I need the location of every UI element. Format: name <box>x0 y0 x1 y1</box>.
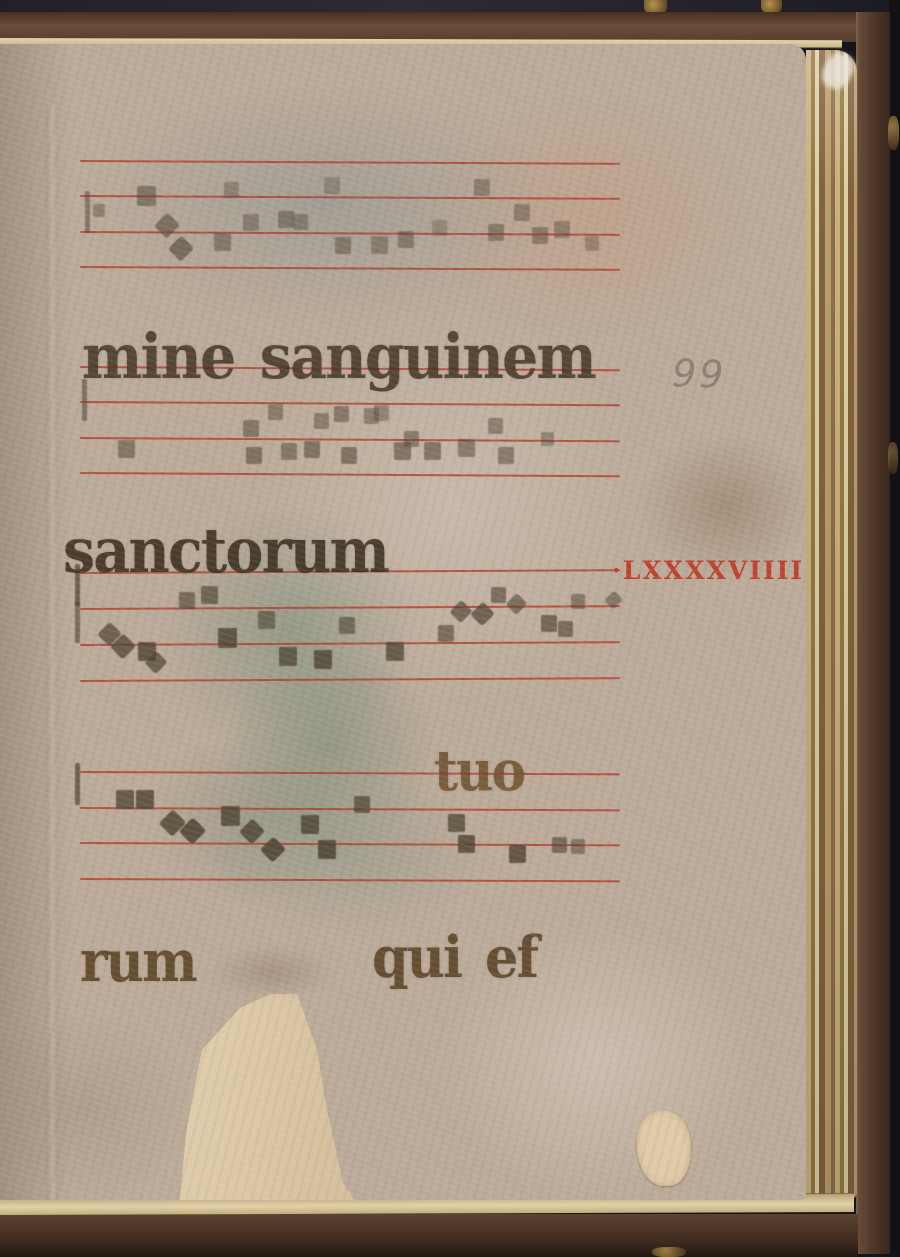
staff-2-line <box>80 401 620 407</box>
neume-note <box>268 404 283 420</box>
neume-note <box>558 621 573 637</box>
neume-note <box>394 442 411 460</box>
neume-note <box>314 650 332 669</box>
staff-1-line <box>80 231 620 236</box>
neume-note <box>243 420 259 437</box>
neume-note <box>448 814 465 832</box>
neume-note <box>335 237 351 254</box>
staff-4-line <box>80 771 620 776</box>
parchment-repair-patch-small <box>634 1108 693 1188</box>
chant-text-line-4-left: rum <box>80 928 196 995</box>
neume-note <box>341 447 357 464</box>
neume-note <box>371 236 388 254</box>
neume-note <box>159 809 187 837</box>
chant-text-line-4-right: qui ef <box>372 924 537 991</box>
pencil-folio-number: 99 <box>671 351 727 397</box>
staves-layer <box>0 44 806 1200</box>
clef-tick <box>82 379 87 421</box>
neume-note <box>301 815 319 834</box>
staff-3-line <box>80 569 620 574</box>
neume-note <box>279 647 297 666</box>
neume-note <box>509 845 526 863</box>
neume-note <box>449 600 472 623</box>
neume-note <box>260 836 286 862</box>
neume-note <box>339 617 355 634</box>
neume-note <box>458 439 475 457</box>
roman-folio-number: ·LXXXXVIIII· <box>612 556 806 585</box>
neume-note <box>246 447 262 464</box>
staff-3-line <box>80 605 620 610</box>
neume-note <box>364 408 379 424</box>
staff-4-line <box>80 878 620 883</box>
neume-note <box>318 840 336 859</box>
clef-tick <box>75 564 80 606</box>
dark-background-right <box>889 0 900 1257</box>
neume-note <box>571 839 585 854</box>
neume-note <box>474 179 490 196</box>
neume-note <box>506 593 528 615</box>
neume-note <box>488 418 503 434</box>
neume-note <box>386 642 404 661</box>
manuscript-photo: mine sanguinem sanctorum tuo rum qui ef … <box>0 0 900 1257</box>
neume-note <box>97 622 122 647</box>
neume-note <box>438 625 454 642</box>
neume-note <box>93 204 105 217</box>
neume-note <box>154 212 180 238</box>
neume-note <box>239 818 265 844</box>
page-edges-stack <box>806 50 857 1200</box>
neume-note <box>541 615 557 632</box>
neume-note <box>136 790 154 809</box>
neume-note <box>258 611 275 629</box>
brass-clasp-icon <box>888 116 899 150</box>
neume-note <box>278 211 294 228</box>
neume-note <box>488 224 504 241</box>
neume-note <box>424 442 441 460</box>
neume-note <box>604 590 623 609</box>
neume-note <box>324 177 340 194</box>
staff-3-line <box>80 641 620 646</box>
gutter-crease <box>46 104 58 1200</box>
neume-note <box>470 602 495 627</box>
neume-note <box>110 633 136 659</box>
neume-note <box>398 231 414 248</box>
neume-note <box>514 204 530 221</box>
leather-cover-bottom <box>0 1214 858 1257</box>
brass-clasp-icon <box>888 442 898 474</box>
neume-note <box>116 790 134 809</box>
clef-tick <box>85 191 90 233</box>
neume-note <box>118 440 135 458</box>
neume-note <box>214 233 231 251</box>
clef-tick <box>75 601 80 643</box>
neume-note <box>498 447 514 464</box>
neume-note <box>334 406 349 422</box>
brass-boss-icon <box>652 1247 686 1257</box>
neume-note <box>179 817 207 845</box>
neume-note <box>432 220 447 236</box>
neume-note <box>374 405 389 421</box>
neume-note <box>201 586 218 604</box>
staff-2-line <box>80 437 620 443</box>
staff-3-line <box>80 677 620 682</box>
neume-note <box>585 236 599 251</box>
staff-2-line <box>80 366 620 372</box>
neume-note <box>304 441 320 458</box>
neume-note <box>218 628 237 648</box>
neume-note <box>552 837 567 853</box>
neume-note <box>354 796 370 813</box>
staff-1-line <box>80 195 620 200</box>
staff-2-line <box>80 472 620 478</box>
parchment-page: mine sanguinem sanctorum tuo rum qui ef … <box>0 44 806 1200</box>
neume-note <box>458 835 475 853</box>
parchment-repair-patch-large <box>168 988 438 1200</box>
neume-note <box>144 651 167 674</box>
neume-note <box>532 227 548 244</box>
leather-cover-right <box>856 12 890 1254</box>
neume-note <box>137 186 156 206</box>
neume-note <box>243 214 259 231</box>
neume-note <box>541 432 554 446</box>
staff-1-line <box>80 266 620 271</box>
staff-1-line <box>80 160 620 165</box>
neume-note <box>179 592 195 609</box>
neume-note <box>554 221 570 238</box>
neume-note <box>293 214 308 230</box>
staff-4-line <box>80 842 620 847</box>
neume-note <box>221 806 240 826</box>
chant-text-line-3: tuo <box>434 738 524 804</box>
staff-4-line <box>80 807 620 812</box>
chant-text-line-1: mine sanguinem <box>82 320 595 393</box>
chant-text-line-2: sanctorum <box>63 514 388 587</box>
clef-tick <box>75 763 80 805</box>
neume-note <box>281 443 297 460</box>
neume-note <box>168 235 194 261</box>
neume-note <box>224 182 239 198</box>
neume-note <box>491 587 506 603</box>
faded-text-ghost <box>212 946 332 998</box>
neume-note <box>571 594 585 609</box>
neume-note <box>404 431 419 447</box>
neume-note <box>314 413 329 429</box>
neume-note <box>138 642 156 661</box>
